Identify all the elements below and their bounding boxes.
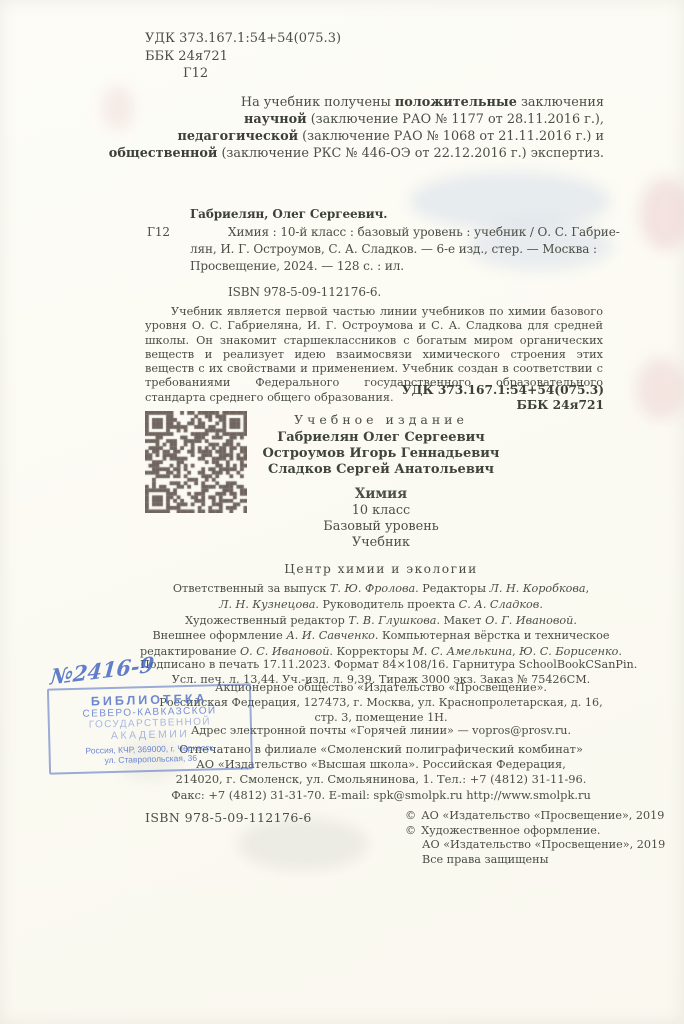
isbn-top: ISBN 978-5-09-112176-6. — [228, 285, 381, 299]
book-grade: 10 класс — [140, 503, 622, 518]
edition-heading: Учебное издание — [140, 412, 622, 427]
print-info-line: Подписано в печать 17.11.2023. Формат 84… — [140, 657, 622, 672]
biblio-author: Габриелян, Олег Сергеевич. — [190, 207, 387, 221]
book-title: Химия — [140, 486, 622, 502]
page-edge-stain — [640, 178, 684, 250]
page-stain — [238, 818, 368, 870]
expertise-line: На учебник получены положительные заключ… — [90, 94, 604, 111]
edition-author: Остроумов Игорь Геннадьевич — [140, 446, 622, 462]
classification-codes-right: УДК 373.167.1:54+54(075.3) ББК 24я721 — [300, 383, 604, 412]
book-type: Учебник — [140, 535, 622, 550]
copyright-icon: © — [405, 809, 416, 822]
book-level: Базовый уровень — [140, 519, 622, 534]
expertise-line: общественной (заключение РКС № 446-ОЭ от… — [90, 145, 604, 162]
bleed-through-smudge — [410, 172, 610, 230]
copyright-line: ©Художественное оформление. — [405, 824, 665, 839]
credits-line: Художественный редактор Т. В. Глушкова. … — [140, 613, 622, 629]
bbk-code-right: ББК 24я721 — [300, 398, 604, 413]
editorial-credits: Ответственный за выпуск Т. Ю. Фролова. Р… — [140, 581, 622, 660]
expertise-note: На учебник получены положительные заключ… — [90, 94, 604, 162]
edition-author: Сладков Сергей Анатольевич — [140, 462, 622, 478]
copyright-line: ©АО «Издательство «Просвещение», 2019 — [405, 809, 665, 824]
copyright-icon: © — [405, 824, 416, 837]
isbn-bottom: ISBN 978-5-09-112176-6 — [145, 810, 312, 825]
imprint-page: УДК 373.167.1:54+54(075.3) ББК 24я721 Г1… — [0, 0, 684, 1024]
copyright-block: ©АО «Издательство «Просвещение», 2019 ©Х… — [405, 809, 665, 867]
expertise-line: научной (заключение РАО № 1177 от 28.11.… — [90, 111, 604, 128]
edition-authors: Габриелян Олег Сергеевич Остроумов Игорь… — [140, 430, 622, 479]
credits-line: Л. Н. Кузнецова. Руководитель проекта С.… — [140, 597, 622, 613]
biblio-line: лян, И. Г. Остроумов, С. А. Сладков. — 6… — [190, 242, 597, 256]
edition-author: Габриелян Олег Сергеевич — [140, 430, 622, 446]
bbk-code: ББК 24я721 — [145, 48, 341, 66]
expertise-line: педагогической (заключение РАО № 1068 от… — [90, 128, 604, 145]
printery-line: Факс: +7 (4812) 31-31-70. E-mail: spk@sm… — [140, 788, 622, 803]
credits-line: Ответственный за выпуск Т. Ю. Фролова. Р… — [140, 581, 622, 597]
page-edge-stain — [636, 358, 684, 420]
classification-codes: УДК 373.167.1:54+54(075.3) ББК 24я721 Г1… — [145, 30, 341, 83]
udc-code-right: УДК 373.167.1:54+54(075.3) — [300, 383, 604, 398]
copyright-line: АО «Издательство «Просвещение», 2019 — [405, 838, 665, 853]
biblio-code: Г12 — [147, 225, 170, 239]
copyright-line: Все права защищены — [405, 853, 665, 868]
biblio-line: Химия : 10-й класс : базовый уровень : у… — [228, 225, 620, 239]
printery-line: 214020, г. Смоленск, ул. Смольянинова, 1… — [140, 772, 622, 787]
publishing-center: Центр химии и экологии — [140, 562, 622, 576]
author-sign-code: Г12 — [183, 65, 341, 83]
biblio-line: Просвещение, 2024. — 128 с. : ил. — [190, 259, 404, 273]
library-stamp: БИБЛИОТЕКА СЕВЕРО-КАВКАЗСКОЙ ГОСУДАРСТВЕ… — [47, 683, 253, 774]
credits-line: Внешнее оформление А. И. Савченко. Компь… — [140, 628, 622, 644]
udc-code: УДК 373.167.1:54+54(075.3) — [145, 30, 341, 48]
